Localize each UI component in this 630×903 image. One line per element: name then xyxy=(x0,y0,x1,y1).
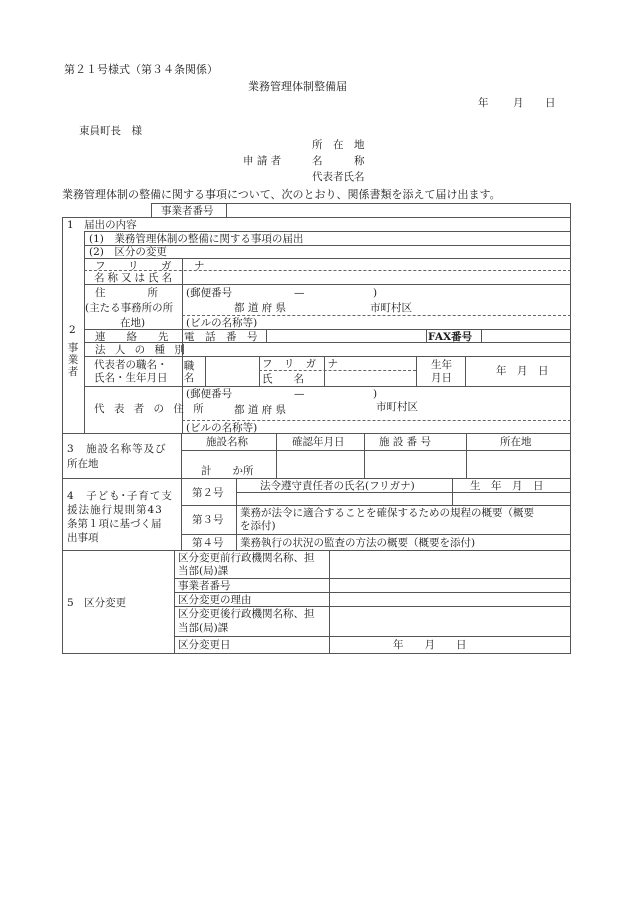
change-reason-label: 区分変更の理由 xyxy=(178,595,252,606)
applicant-address-label: 所 在 地 xyxy=(312,140,365,151)
section3-label-2: 所在地 xyxy=(67,459,99,470)
date-day: 日 xyxy=(545,98,556,109)
facility-number-header: 施 設 番 号 xyxy=(379,437,431,448)
building-label: (ビルの名称等) xyxy=(186,318,257,329)
item2-text: 法令遵守責任者の氏名(フリガナ) xyxy=(260,481,415,492)
section5-label: 5 区分変更 xyxy=(67,598,126,609)
facility-name-header: 施設名称 xyxy=(206,437,248,448)
rep-name-label: 氏 名 xyxy=(262,374,304,385)
fax-label: FAX番号 xyxy=(428,332,472,343)
rep-address-label: 代 表 者 の 住 所 xyxy=(94,404,207,415)
rep-label-2: 氏名・生年月日 xyxy=(94,373,168,384)
prev-agency-input[interactable] xyxy=(331,551,568,577)
applicant-name-label: 名 称 xyxy=(312,156,365,167)
rep-birth-value[interactable]: 年 月 日 xyxy=(496,366,549,377)
postal-close: ) xyxy=(373,288,377,299)
city-label: 市町村区 xyxy=(370,303,412,314)
date-year: 年 xyxy=(478,98,489,109)
applicant-rep-label: 代表者氏名 xyxy=(312,172,365,183)
section1-title: 1 届出の内容 xyxy=(67,220,137,231)
name-input[interactable] xyxy=(184,271,568,283)
form-number: 第２１号様式（第３４条関係） xyxy=(64,64,218,75)
corp-type-input[interactable] xyxy=(184,343,568,355)
phone-input[interactable] xyxy=(268,330,424,341)
change-date-label: 区分変更日 xyxy=(178,640,231,651)
next-agency-label-2: 当部(局)課 xyxy=(178,623,228,634)
furigana-input[interactable] xyxy=(184,259,568,269)
change-date-value[interactable]: 年 月 日 xyxy=(393,640,467,651)
addressee: 東員町長 様 xyxy=(79,126,142,137)
rep-title-input[interactable] xyxy=(207,357,257,385)
sec5-business-number-input[interactable] xyxy=(331,579,568,591)
rep-building-label: (ビルの名称等) xyxy=(186,423,257,434)
business-number-input[interactable] xyxy=(228,204,568,216)
intro-text: 業務管理体制の整備に関する事項について、次のとおり、関係書類を添えて届け出ます。 xyxy=(62,189,501,200)
birth-label-1: 生年 xyxy=(431,360,452,371)
rep-postal-label: (郵便番号 xyxy=(186,389,232,400)
name-label: 名称又は氏名 xyxy=(94,273,175,284)
item2-birth: 生 年 月 日 xyxy=(470,481,544,492)
rep-prefecture-label: 都 道 府 県 xyxy=(234,405,286,416)
form-title: 業務管理体制整備届 xyxy=(248,81,347,92)
prefecture-label: 都 道 府 県 xyxy=(234,303,286,314)
title-label: 職名 xyxy=(183,360,195,384)
next-agency-label-1: 区分変更後行政機関名称、担 xyxy=(178,609,315,620)
contact-label: 連 絡 先 xyxy=(95,332,169,343)
date-month: 月 xyxy=(513,98,524,109)
rep-postal-dash: — xyxy=(294,389,305,400)
location-header: 所在地 xyxy=(500,437,532,448)
applicant-label: 申 請 者 xyxy=(243,156,281,167)
rep-postal-close: ) xyxy=(373,389,377,400)
prev-agency-label-2: 当部(局)課 xyxy=(178,566,228,577)
confirm-date-input[interactable] xyxy=(278,451,362,477)
prev-agency-label-1: 区分変更前行政機関名称、担 xyxy=(178,553,315,564)
next-agency-input[interactable] xyxy=(331,607,568,634)
address-label-1: 住 所 xyxy=(95,288,158,299)
item4-label: 第４号 xyxy=(192,538,224,549)
section1-item1[interactable]: (1) 業務管理体制の整備に関する事項の届出 xyxy=(89,234,303,245)
section2-number: 2 xyxy=(69,325,76,336)
section3-label-1: 3 施設名称等及び xyxy=(67,444,167,455)
sec5-business-number-label: 事業者番号 xyxy=(178,581,231,592)
location-input[interactable] xyxy=(468,451,568,477)
postal-dash: — xyxy=(294,288,305,299)
item3-label: 第３号 xyxy=(192,515,224,526)
facility-count: 計 か所 xyxy=(201,466,254,477)
section4-label-2: 援法施行規則第43 xyxy=(67,505,163,516)
section4-label-1: 4 子ども･子育て支 xyxy=(67,491,173,502)
birth-label-2: 月日 xyxy=(431,373,452,384)
address-label-3: 在地) xyxy=(120,318,145,329)
compliance-birth-input[interactable] xyxy=(454,493,568,504)
facility-number-input[interactable] xyxy=(366,451,464,477)
section1-item2[interactable]: (2) 区分の変更 xyxy=(89,247,167,258)
item3-text-1: 業務が法令に適合することを確保するための規程の概要（概要 xyxy=(240,508,534,519)
item3-text-2: を添付) xyxy=(240,521,276,532)
section4-label-3: 条第１項に基づく届 xyxy=(67,519,162,530)
address-label-2: (主たる事務所の所 xyxy=(85,303,173,314)
compliance-officer-input[interactable] xyxy=(238,493,450,504)
corp-type-label: 法 人 の 種 別 xyxy=(95,345,188,356)
confirm-date-header: 確認年月日 xyxy=(292,437,345,448)
rep-furigana-input[interactable] xyxy=(326,357,414,369)
change-reason-input[interactable] xyxy=(331,593,568,605)
business-number-label: 事業者番号 xyxy=(161,206,214,217)
postal-label: (郵便番号 xyxy=(186,288,232,299)
section4-label-4: 出事項 xyxy=(67,533,99,544)
rep-label-1: 代表者の職名・ xyxy=(94,360,168,371)
item4-text: 業務執行の状況の監査の方法の概要（概要を添付) xyxy=(240,538,475,549)
section2-label: 事業者 xyxy=(67,342,79,378)
rep-city-label: 市町村区 xyxy=(376,402,418,413)
item2-label: 第２号 xyxy=(192,488,224,499)
phone-label: 電 話 番 号 xyxy=(184,332,258,343)
fax-input[interactable] xyxy=(483,330,568,341)
rep-name-input[interactable] xyxy=(326,371,414,385)
